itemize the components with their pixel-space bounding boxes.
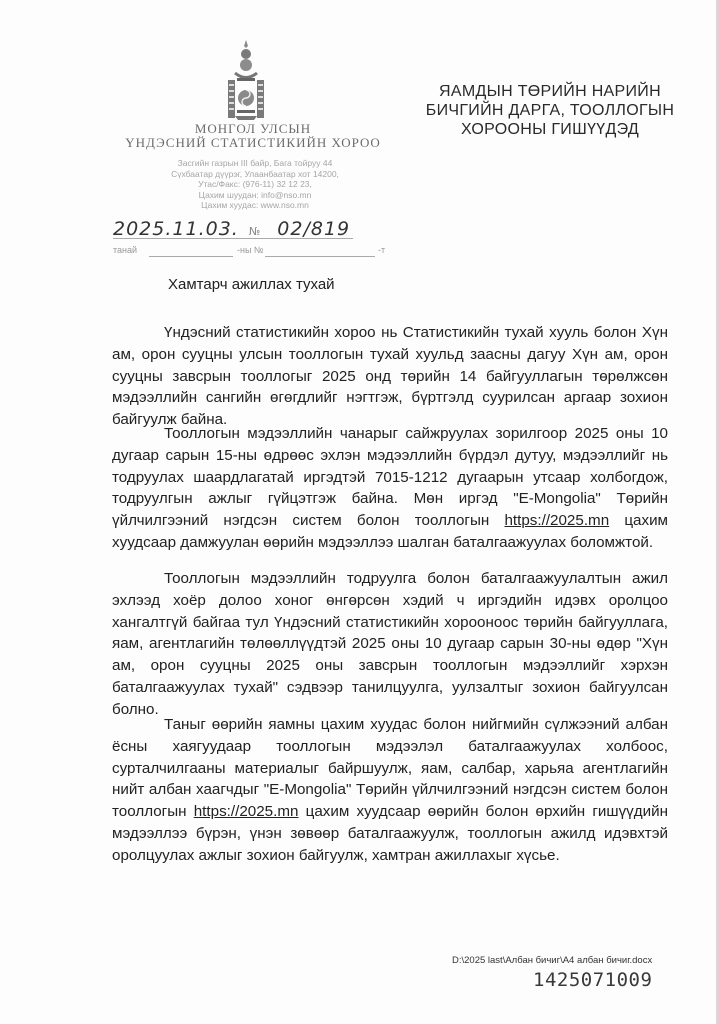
recipient-line: ЯАМДЫН ТӨРИЙН НАРИЙН [420,82,680,101]
number-label: № [249,225,261,238]
recipient-block: ЯАМДЫН ТӨРИЙН НАРИЙН БИЧГИЙН ДАРГА, ТООЛ… [420,82,680,139]
letter-page: МОНГОЛ УЛСЫН ҮНДЭСНИЙ СТАТИСТИКИЙН ХОРОО… [0,0,719,1024]
soyombo-emblem-icon [225,38,267,124]
recipient-line: БИЧГИЙН ДАРГА, ТООЛЛОГЫН [420,101,680,120]
date-number-line: 2025.11.03.№02/819 [113,218,350,240]
organization-address: Засгийн газрын III байр, Бага тойруу 44 … [140,158,370,211]
census-website-link[interactable]: https://2025.mn [504,512,609,529]
ref-label-suffix: -т [378,245,385,255]
letter-subject: Хамтарч ажиллах тухай [168,276,335,293]
address-line: Засгийн газрын III байр, Бага тойруу 44 [140,158,370,169]
org-name-line2: ҮНДЭСНИЙ СТАТИСТИКИЙН ХОРОО [108,136,398,150]
address-line: Утас/Факс: (976-11) 32 12 23, [140,179,370,190]
body-paragraph-1: Үндэсний статистикийн хороо нь Статистик… [112,322,668,431]
organization-name: МОНГОЛ УЛСЫН ҮНДЭСНИЙ СТАТИСТИКИЙН ХОРОО [108,122,398,150]
org-name-line1: МОНГОЛ УЛСЫН [108,122,398,136]
ref-label-number: -ны № [237,245,264,255]
address-line: Цахим шуудан: info@nso.mn [140,190,370,201]
letter-date: 2025.11.03. [113,218,239,240]
ref-blank-date [149,256,233,257]
date-underline [113,238,353,239]
ref-blank-number [265,256,375,257]
address-line: Сүхбаатар дүүрэг, Улаанбаатар хот 14200, [140,169,370,180]
ref-label-yours: танай [113,245,137,255]
reference-line: танай -ны № -т [113,245,383,259]
body-paragraph-4: Таныг өөрийн яамны цахим хуудас болон ни… [112,714,668,867]
stamp-number: 1425071009 [533,969,652,991]
census-website-link[interactable]: https://2025.mn [194,803,299,820]
letter-number: 02/819 [277,218,350,240]
body-paragraph-3: Тооллогын мэдээллийн тодруулга болон бат… [112,568,668,721]
address-line: Цахим хуудас: www.nso.mn [140,200,370,211]
recipient-line: ХОРООНЫ ГИШҮҮДЭД [420,120,680,139]
body-paragraph-2: Тооллогын мэдээллийн чанарыг сайжруулах … [112,423,668,554]
file-path: D:\2025 last\Албан бичиг\А4 албан бичиг.… [452,955,652,966]
